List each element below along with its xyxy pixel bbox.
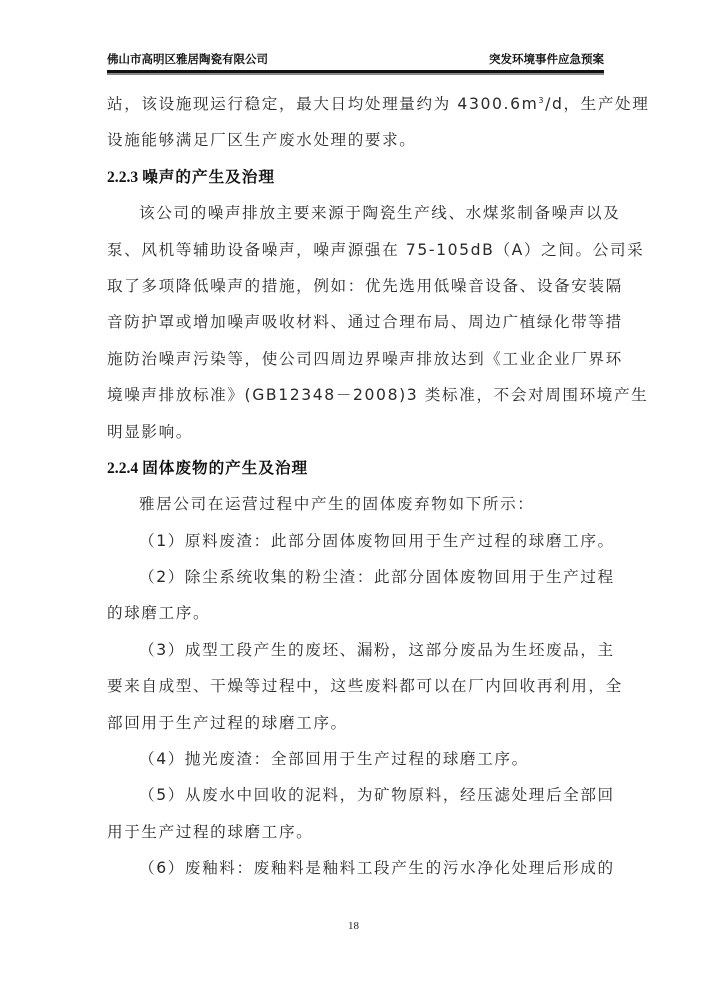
list-item: （5）从废水中回收的泥料，为矿物原料，经压滤处理后全部回 (107, 777, 607, 813)
paragraph-line: 站，该设施现运行稳定，最大日均处理量约为 4300.6m3/d，生产处理 (107, 86, 607, 122)
header-document-title: 突发环境事件应急预案 (489, 51, 604, 67)
list-item-continuation: 要来自成型、干燥等过程中，这些废料都可以在厂内回收再利用，全 (107, 668, 607, 704)
page-number: 18 (0, 920, 707, 932)
list-item-continuation: 的球磨工序。 (107, 595, 607, 631)
section-heading-noise: 2.2.3噪声的产生及治理 (107, 159, 607, 195)
list-item: （4）抛光废渣：全部回用于生产过程的球磨工序。 (107, 741, 607, 777)
paragraph-line: 取了多项降低噪声的措施，例如：优先选用低噪音设备、设备安装隔 (107, 268, 607, 304)
section-heading-solid-waste: 2.2.4固体废物的产生及治理 (107, 450, 607, 486)
paragraph-line: 施防治噪声污染等，使公司四周边界噪声排放达到《工业企业厂界环 (107, 341, 607, 377)
section-number: 2.2.4 (107, 460, 138, 477)
header-divider (107, 70, 604, 73)
list-item: （3）成型工段产生的废坯、漏粉，这部分废品为生坯废品，主 (107, 632, 607, 668)
list-item-continuation: 用于生产过程的球磨工序。 (107, 814, 607, 850)
header-company-name: 佛山市高明区雅居陶瓷有限公司 (107, 51, 268, 67)
paragraph-line: 雅居公司在运营过程中产生的固体废弃物如下所示： (107, 486, 607, 522)
document-body: 站，该设施现运行稳定，最大日均处理量约为 4300.6m3/d，生产处理 设施能… (107, 86, 607, 887)
paragraph-line: 境噪声排放标准》(GB12348－2008)3 类标准，不会对周围环境产生 (107, 377, 607, 413)
section-title: 固体废物的产生及治理 (142, 459, 308, 477)
paragraph-line: 泵、风机等辅助设备噪声，噪声源强在 75-105dB（A）之间。公司采 (107, 232, 607, 268)
list-item-continuation: 部回用于生产过程的球磨工序。 (107, 705, 607, 741)
list-item: （6）废釉料：废釉料是釉料工段产生的污水净化处理后形成的 (107, 850, 607, 886)
paragraph-line: 明显影响。 (107, 414, 607, 450)
list-item: （1）原料废渣：此部分固体废物回用于生产过程的球磨工序。 (107, 523, 607, 559)
section-number: 2.2.3 (107, 169, 138, 186)
list-item: （2）除尘系统收集的粉尘渣：此部分固体废物回用于生产过程 (107, 559, 607, 595)
paragraph-line: 音防护罩或增加噪声吸收材料、通过合理布局、周边广植绿化带等措 (107, 304, 607, 340)
section-title: 噪声的产生及治理 (142, 168, 275, 186)
paragraph-line: 设施能够满足厂区生产废水处理的要求。 (107, 122, 607, 158)
paragraph-line: 该公司的噪声排放主要来源于陶瓷生产线、水煤浆制备噪声以及 (107, 195, 607, 231)
page-header: 佛山市高明区雅居陶瓷有限公司 突发环境事件应急预案 (107, 45, 604, 67)
